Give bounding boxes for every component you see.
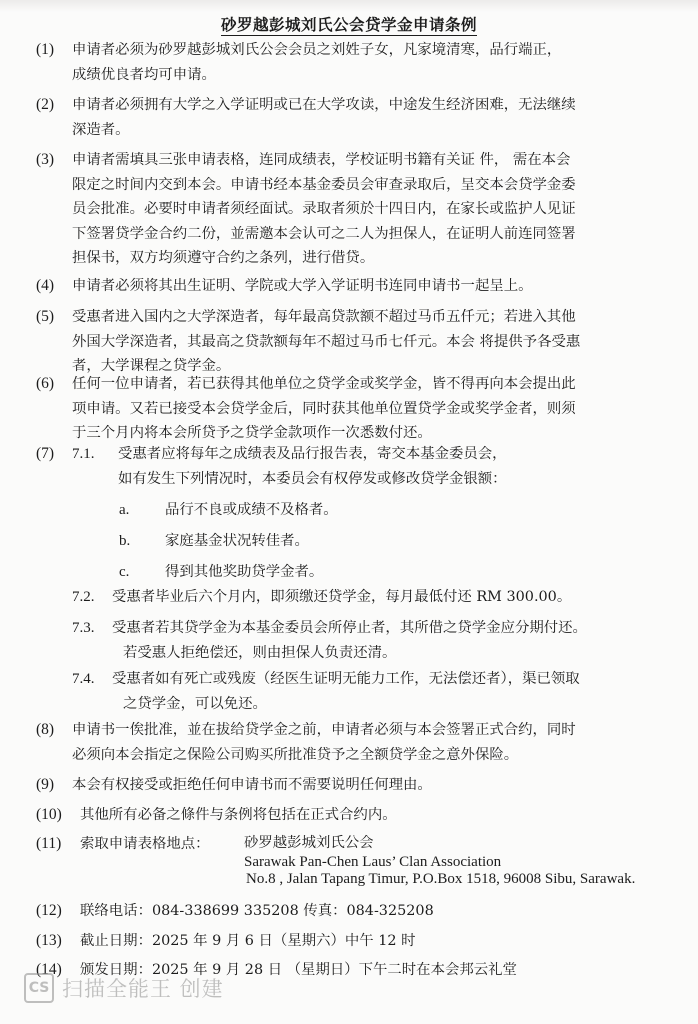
- clause-number: (13): [36, 929, 62, 954]
- clause-6: (6) 任何一位申请者，若已获得其他单位之贷学金或奖学金，皆不得再向本会提出此 …: [36, 372, 676, 446]
- subclause-number: 7.2.: [72, 585, 95, 610]
- scan-edge-shadow: [0, 0, 698, 12]
- clause-line: 申请者必须拥有大学之入学证明或已在大学攻读，中途发生经济困难，无法继续: [72, 93, 676, 118]
- clause-9: (9) 本会有权接受或拒绝任何申请书而不需要说明任何理由。: [36, 773, 676, 798]
- contact-phone-fax: 联络电话：084-338699 335208 传真：084-325208: [80, 899, 676, 924]
- subclause-line: 受惠者若其贷学金为本基金委员会所停止者，其所借之贷学金应分期付还。: [112, 616, 682, 641]
- clause-number: (9): [36, 773, 54, 798]
- clause-number: (3): [36, 148, 54, 173]
- clause-4: (4) 申请者必须将其出生证明、学院或大学入学证明书连同申请书一起呈上。: [36, 274, 676, 299]
- deadline-date: 截止日期：2025 年 9 月 6 日（星期六）中午 12 时: [80, 929, 676, 954]
- association-name-en: Sarawak Pan-Chen Laus’ Clan Association: [244, 854, 635, 871]
- subclause-line: 之贷学金，可以免还。: [123, 692, 682, 717]
- clause-line: 申请书一俟批准，並在拔给贷学金之前，申请者必须与本会签署正式合约，同时: [72, 718, 676, 743]
- clause-line: 成绩优良者均可申请。: [72, 63, 676, 88]
- condition-text: 品行不良或成绩不及格者。: [165, 498, 619, 522]
- subclause-line: 受惠者应将每年之成绩表及品行报告表，寄交本基金委员会，: [118, 442, 672, 467]
- clause-7: (7) 7.1. 受惠者应将每年之成绩表及品行报告表，寄交本基金委员会， 如有发…: [36, 442, 676, 702]
- condition-b: b. 家庭基金状况转佳者。: [119, 529, 619, 553]
- association-street-address: No.8 , Jalan Tapang Timur, P.O.Box 1518,…: [246, 871, 635, 888]
- clause-5: (5) 受惠者进入国内之大学深造者，每年最高贷款额不超过马币五仟元；若进入其他 …: [36, 305, 676, 379]
- clause-line: 限定之时间内交到本会。申请书经本基金委员会审查录取后，呈交本会贷学金委: [72, 173, 676, 198]
- document-title: 砂罗越彭城刘氏公会贷学金申请条例: [0, 13, 698, 35]
- camscanner-watermark: CS 扫描全能王 创建: [24, 970, 224, 1006]
- subclause-line: 受惠者如有死亡或残废（经医生证明无能力工作，无法偿还者），渠已领取: [112, 667, 682, 692]
- clause-number: (10): [36, 803, 62, 828]
- clause-number: (6): [36, 372, 54, 397]
- subclause-7-3: 7.3. 受惠者若其贷学金为本基金委员会所停止者，其所借之贷学金应分期付还。 若…: [72, 616, 682, 665]
- clause-number: (7): [36, 442, 54, 467]
- subclause-line: 受惠者毕业后六个月内，即须缴还贷学金，每月最低付还 RM 300.00。: [112, 585, 682, 610]
- clause-line: 本会有权接受或拒绝任何申请书而不需要说明任何理由。: [72, 773, 676, 798]
- clause-line: 项申请。又若已接受本会贷学金后，同时获其他单位置贷学金或奖学金者，则须: [72, 397, 676, 422]
- association-name-zh: 砂罗越彭城刘氏公会: [244, 832, 635, 854]
- clause-number: (11): [36, 832, 61, 857]
- clause-10: (10) 其他所有必备之條件与条例将包括在正式合约内。: [36, 803, 676, 828]
- clause-line: 外国大学深造者，其最高之贷款额每年不超过马币七仟元。本会 将提供予各受惠: [72, 330, 676, 355]
- clause-13: (13) 截止日期：2025 年 9 月 6 日（星期六）中午 12 时: [36, 929, 676, 954]
- clause-line: 申请者需填具三张申请表格，连同成绩表，学校证明书籍有关证 件， 需在本会: [72, 148, 676, 173]
- clause-number: (8): [36, 718, 54, 743]
- condition-text: 家庭基金状况转佳者。: [165, 529, 619, 553]
- scanned-document-page: 砂罗越彭城刘氏公会贷学金申请条例 (1) 申请者必须为砂罗越彭城刘氏公会会员之刘…: [0, 0, 698, 1024]
- subclause-line: 若受惠人拒绝偿还，则由担保人负责还清。: [123, 641, 682, 666]
- clause-line: 其他所有必备之條件与条例将包括在正式合约内。: [80, 803, 676, 828]
- condition-label: b.: [119, 529, 130, 553]
- subclause-7-2: 7.2. 受惠者毕业后六个月内，即须缴还贷学金，每月最低付还 RM 300.00…: [72, 585, 682, 610]
- clause-number: (1): [36, 38, 54, 63]
- condition-a: a. 品行不良或成绩不及格者。: [119, 498, 619, 522]
- clause-2: (2) 申请者必须拥有大学之入学证明或已在大学攻读，中途发生经济困难，无法继续 …: [36, 93, 676, 142]
- association-address: 砂罗越彭城刘氏公会 Sarawak Pan-Chen Laus’ Clan As…: [244, 832, 635, 888]
- subclause-7-4: 7.4. 受惠者如有死亡或残废（经医生证明无能力工作，无法偿还者），渠已领取 之…: [72, 667, 682, 716]
- subclause-number: 7.3.: [72, 616, 95, 641]
- clause-line: 申请者必须将其出生证明、学院或大学入学证明书连同申请书一起呈上。: [72, 274, 676, 299]
- clause-line: 下签署贷学金合约二份，並需邀本会认可之二人为担保人，在证明人前连同签署: [72, 222, 676, 247]
- subclause-number: 7.1.: [72, 442, 95, 467]
- clause-line: 员会批准。必要时申请者须经面试。录取者须於十四日内，在家长或监护人见证: [72, 197, 676, 222]
- subclause-line: 如有发生下列情况时，本委员会有权停发或修改贷学金银额：: [118, 467, 672, 492]
- clause-line: 必须向本会指定之保险公司购买所批准贷予之全额贷学金之意外保险。: [72, 743, 676, 768]
- clause-line: 申请者必须为砂罗越彭城刘氏公会会员之刘姓子女，凡家境清寒，品行端正，: [72, 38, 676, 63]
- clause-8: (8) 申请书一俟批准，並在拔给贷学金之前，申请者必须与本会签署正式合约，同时 …: [36, 718, 676, 767]
- camscanner-logo-icon: CS: [24, 973, 54, 1003]
- condition-text: 得到其他奖助贷学金者。: [165, 560, 619, 584]
- clause-number: (12): [36, 899, 62, 924]
- clause-number: (4): [36, 274, 54, 299]
- clause-11: (11) 索取申请表格地点： 砂罗越彭城刘氏公会 Sarawak Pan-Che…: [36, 832, 676, 892]
- clause-12: (12) 联络电话：084-338699 335208 传真：084-32520…: [36, 899, 676, 924]
- clause-number: (5): [36, 305, 54, 330]
- condition-label: c.: [119, 560, 129, 584]
- clause-line: 担保书，双方均须遵守合约之条列，进行借贷。: [72, 246, 676, 271]
- condition-label: a.: [119, 498, 129, 522]
- subclause-number: 7.4.: [72, 667, 95, 692]
- clause-3: (3) 申请者需填具三张申请表格，连同成绩表，学校证明书籍有关证 件， 需在本会…: [36, 148, 676, 271]
- clause-number: (2): [36, 93, 54, 118]
- condition-c: c. 得到其他奖助贷学金者。: [119, 560, 619, 584]
- clause-line: 任何一位申请者，若已获得其他单位之贷学金或奖学金，皆不得再向本会提出此: [72, 372, 676, 397]
- clause-1: (1) 申请者必须为砂罗越彭城刘氏公会会员之刘姓子女，凡家境清寒，品行端正， 成…: [36, 38, 676, 87]
- watermark-text: 扫描全能王 创建: [62, 973, 224, 1003]
- clause-line: 深造者。: [72, 118, 676, 143]
- subclause-7-1: 7.1. 受惠者应将每年之成绩表及品行报告表，寄交本基金委员会， 如有发生下列情…: [72, 442, 672, 491]
- clause-line: 受惠者进入国内之大学深造者，每年最高贷款额不超过马币五仟元；若进入其他: [72, 305, 676, 330]
